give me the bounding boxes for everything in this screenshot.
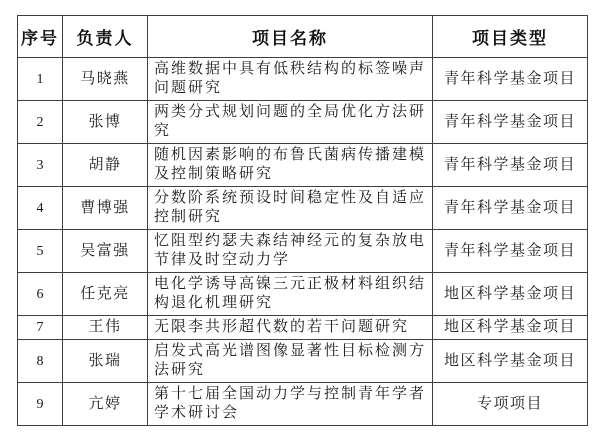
leader-cell: 吴富强: [63, 230, 148, 273]
project-name-cell: 忆阻型约瑟夫森结神经元的复杂放电节律及时空动力学: [148, 230, 433, 273]
serial-number-cell: 1: [18, 58, 63, 101]
leader-cell: 任克亮: [63, 273, 148, 316]
serial-number-cell: 9: [18, 383, 63, 426]
leader-cell: 曹博强: [63, 187, 148, 230]
leader-cell: 王伟: [63, 316, 148, 340]
table-header: 序号 负责人 项目名称 项目类型: [18, 16, 588, 58]
table-row: 8 张瑞 启发式高光谱图像显著性目标检测方法研究 地区科学基金项目: [18, 340, 588, 383]
project-type-cell: 地区科学基金项目: [433, 340, 588, 383]
project-type-cell: 青年科学基金项目: [433, 101, 588, 144]
table-row: 4 曹博强 分数阶系统预设时间稳定性及自适应控制研究 青年科学基金项目: [18, 187, 588, 230]
project-type-cell: 地区科学基金项目: [433, 316, 588, 340]
table-row: 7 王伟 无限李共形超代数的若干问题研究 地区科学基金项目: [18, 316, 588, 340]
leader-cell: 胡静: [63, 144, 148, 187]
serial-number-cell: 7: [18, 316, 63, 340]
table-row: 1 马晓燕 高维数据中具有低秩结构的标签噪声问题研究 青年科学基金项目: [18, 58, 588, 101]
header-project-name: 项目名称: [148, 16, 433, 58]
project-name-cell: 高维数据中具有低秩结构的标签噪声问题研究: [148, 58, 433, 101]
header-project-type: 项目类型: [433, 16, 588, 58]
header-serial-number: 序号: [18, 16, 63, 58]
serial-number-cell: 2: [18, 101, 63, 144]
project-type-cell: 青年科学基金项目: [433, 230, 588, 273]
project-type-cell: 青年科学基金项目: [433, 187, 588, 230]
table-row: 6 任克亮 电化学诱导高镍三元正极材料组织结构退化机理研究 地区科学基金项目: [18, 273, 588, 316]
table-row: 3 胡静 随机因素影响的布鲁氏菌病传播建模及控制策略研究 青年科学基金项目: [18, 144, 588, 187]
project-name-cell: 分数阶系统预设时间稳定性及自适应控制研究: [148, 187, 433, 230]
project-name-cell: 电化学诱导高镍三元正极材料组织结构退化机理研究: [148, 273, 433, 316]
table-row: 2 张博 两类分式规划问题的全局优化方法研究 青年科学基金项目: [18, 101, 588, 144]
serial-number-cell: 8: [18, 340, 63, 383]
header-row: 序号 负责人 项目名称 项目类型: [18, 16, 588, 58]
serial-number-cell: 4: [18, 187, 63, 230]
project-name-cell: 无限李共形超代数的若干问题研究: [148, 316, 433, 340]
header-leader: 负责人: [63, 16, 148, 58]
serial-number-cell: 3: [18, 144, 63, 187]
serial-number-cell: 5: [18, 230, 63, 273]
table-body: 1 马晓燕 高维数据中具有低秩结构的标签噪声问题研究 青年科学基金项目 2 张博…: [18, 58, 588, 426]
leader-cell: 亢婷: [63, 383, 148, 426]
table-row: 5 吴富强 忆阻型约瑟夫森结神经元的复杂放电节律及时空动力学 青年科学基金项目: [18, 230, 588, 273]
project-type-cell: 青年科学基金项目: [433, 144, 588, 187]
project-name-cell: 随机因素影响的布鲁氏菌病传播建模及控制策略研究: [148, 144, 433, 187]
project-type-cell: 青年科学基金项目: [433, 58, 588, 101]
table-row: 9 亢婷 第十七届全国动力学与控制青年学者学术研讨会 专项项目: [18, 383, 588, 426]
project-type-cell: 专项项目: [433, 383, 588, 426]
serial-number-cell: 6: [18, 273, 63, 316]
project-name-cell: 第十七届全国动力学与控制青年学者学术研讨会: [148, 383, 433, 426]
project-name-cell: 两类分式规划问题的全局优化方法研究: [148, 101, 433, 144]
projects-table: 序号 负责人 项目名称 项目类型 1 马晓燕 高维数据中具有低秩结构的标签噪声问…: [17, 15, 588, 426]
leader-cell: 张瑞: [63, 340, 148, 383]
leader-cell: 马晓燕: [63, 58, 148, 101]
project-type-cell: 地区科学基金项目: [433, 273, 588, 316]
project-name-cell: 启发式高光谱图像显著性目标检测方法研究: [148, 340, 433, 383]
leader-cell: 张博: [63, 101, 148, 144]
